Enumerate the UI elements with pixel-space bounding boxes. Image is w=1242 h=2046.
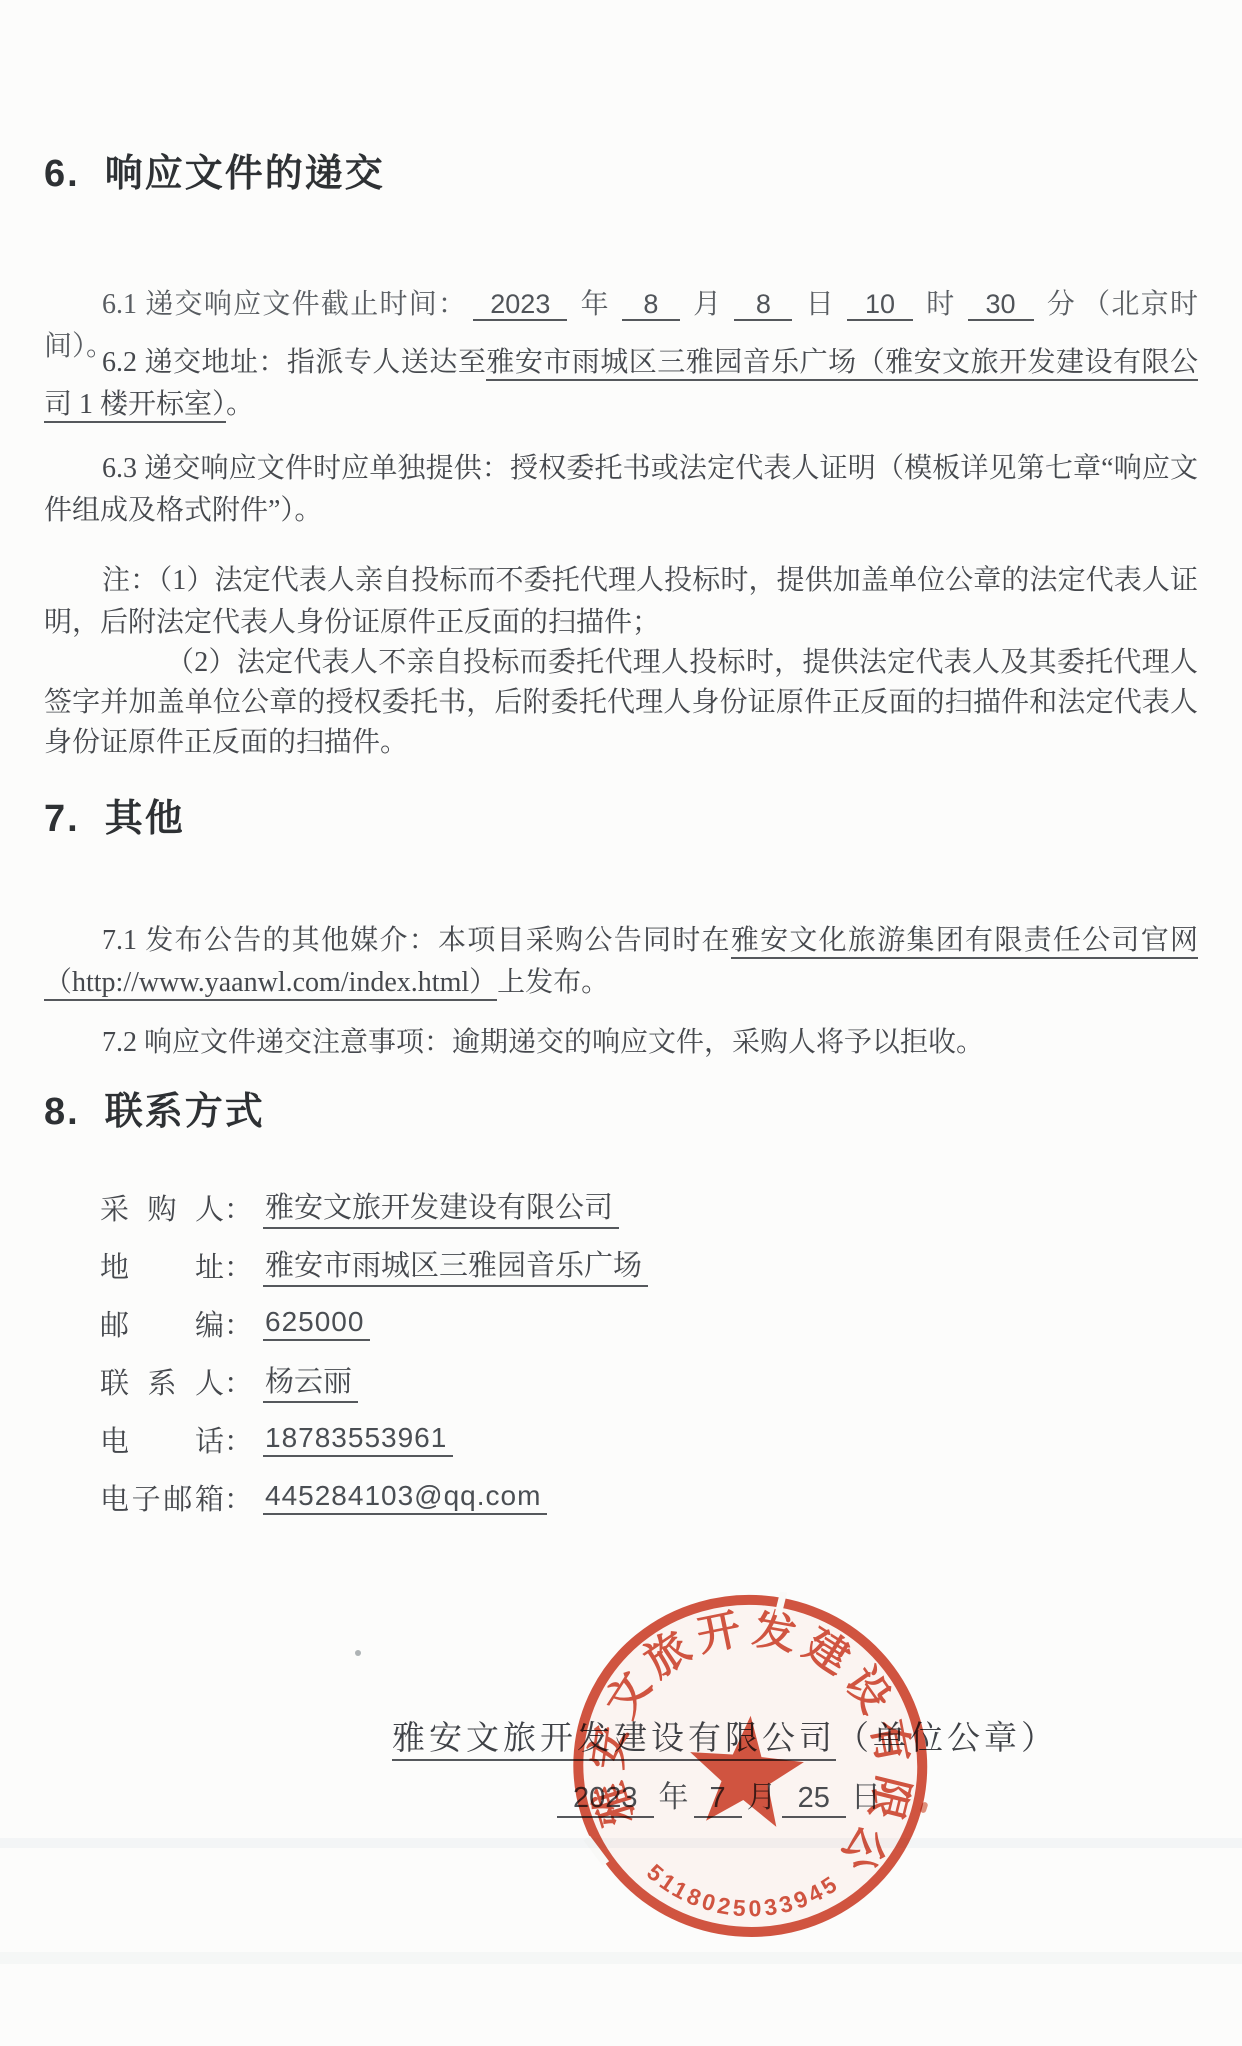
clause-6-1-label: 6.1 递交响应文件截止时间： bbox=[102, 289, 467, 320]
deadline-month-blank: 8 bbox=[622, 289, 680, 321]
sign-year-unit: 年 bbox=[659, 1781, 689, 1814]
address-value: 雅安市雨城区三雅园音乐广场 bbox=[263, 1243, 648, 1287]
section-7-heading: 7. 其他 bbox=[44, 797, 185, 841]
scanner-band bbox=[0, 1952, 1242, 1964]
scan-speck bbox=[919, 1801, 928, 1813]
clause-6-2-label: 6.2 递交地址：指派专人送达至 bbox=[102, 347, 486, 378]
clause-6-2: 6.2 递交地址：指派专人送达至雅安市雨城区三雅园音乐广场（雅安文旅开发建设有限… bbox=[44, 342, 1198, 426]
signature-suffix: （单位公章） bbox=[836, 1721, 1058, 1757]
postcode-value: 625000 bbox=[263, 1306, 370, 1341]
minute-unit: 分 bbox=[1046, 289, 1077, 320]
signature-date-line: 2023年7月25日 bbox=[556, 1772, 885, 1818]
year-unit: 年 bbox=[579, 289, 610, 320]
section-6-heading: 6. 响应文件的递交 bbox=[44, 152, 385, 196]
clause-7-1: 7.1 发布公告的其他媒介：本项目采购公告同时在雅安文化旅游集团有限责任公司官网… bbox=[44, 920, 1198, 1004]
clause-7-1-label: 7.1 发布公告的其他媒介：本项目采购公告同时在 bbox=[102, 925, 731, 956]
sign-day-blank: 25 bbox=[782, 1782, 846, 1818]
contact-list: 采 购 人：雅安文旅开发建设有限公司 地 址：雅安市雨城区三雅园音乐广场 邮 编… bbox=[100, 1178, 648, 1526]
month-unit: 月 bbox=[692, 289, 723, 320]
deadline-year-blank: 2023 bbox=[473, 289, 567, 321]
sign-month-unit: 月 bbox=[747, 1781, 777, 1814]
contact-colon: ： bbox=[224, 1419, 253, 1460]
signature-line: 雅安文旅开发建设有限公司（单位公章） bbox=[392, 1712, 1058, 1759]
clause-6-3: 6.3 递交响应文件时应单独提供：授权委托书或法定代表人证明（模板详见第七章“响… bbox=[44, 448, 1198, 532]
phone-value: 18783553961 bbox=[263, 1422, 453, 1457]
hour-unit: 时 bbox=[925, 289, 956, 320]
contact-colon: ： bbox=[224, 1303, 253, 1344]
deadline-minute-blank: 30 bbox=[968, 289, 1034, 321]
scanner-band bbox=[0, 1838, 1242, 1848]
seal-ring bbox=[564, 1586, 936, 1947]
contact-row-email: 电子邮箱：445284103@qq.com bbox=[100, 1468, 648, 1526]
contact-person-value: 杨云丽 bbox=[263, 1359, 358, 1403]
seal-number-text: 5118025033945 bbox=[639, 1853, 845, 1930]
clause-7-2: 7.2 响应文件递交注意事项：逾期递交的响应文件，采购人将予以拒收。 bbox=[44, 1022, 1198, 1064]
day-unit: 日 bbox=[804, 289, 835, 320]
contact-colon: ： bbox=[224, 1245, 253, 1286]
contact-label: 电子邮箱 bbox=[100, 1477, 224, 1518]
email-value: 445284103@qq.com bbox=[263, 1480, 547, 1515]
contact-colon: ： bbox=[224, 1361, 253, 1402]
contact-label: 地 址 bbox=[100, 1245, 224, 1286]
deadline-day-blank: 8 bbox=[734, 289, 792, 321]
note-1: 注：（1）法定代表人亲自投标而不委托代理人投标时，提供加盖单位公章的法定代表人证… bbox=[44, 560, 1198, 644]
company-seal-stamp: 雅安文旅开发建设有限公司 5118025033945 bbox=[545, 1574, 957, 1964]
seal-scan-gap bbox=[583, 1836, 609, 1866]
section-8-heading: 8. 联系方式 bbox=[44, 1090, 265, 1134]
contact-label: 采 购 人 bbox=[100, 1187, 224, 1228]
buyer-value: 雅安文旅开发建设有限公司 bbox=[263, 1185, 619, 1229]
contact-row-person: 联 系 人：杨云丽 bbox=[100, 1352, 648, 1410]
contact-label: 邮 编 bbox=[100, 1303, 224, 1344]
contact-row-postcode: 邮 编：625000 bbox=[100, 1294, 648, 1352]
contact-label: 电 话 bbox=[100, 1419, 224, 1460]
contact-label: 联 系 人 bbox=[100, 1361, 224, 1402]
sign-month-blank: 7 bbox=[694, 1782, 742, 1818]
scan-speck bbox=[355, 1650, 361, 1656]
deadline-hour-blank: 10 bbox=[847, 289, 913, 321]
contact-colon: ： bbox=[224, 1187, 253, 1228]
contact-row-phone: 电 话：18783553961 bbox=[100, 1410, 648, 1468]
seal-scan-gap bbox=[774, 1588, 788, 1617]
contact-colon: ： bbox=[224, 1477, 253, 1518]
note-2: （2）法定代表人不亲自投标而委托代理人投标时，提供法定代表人及其委托代理人签字并… bbox=[44, 643, 1198, 763]
sign-year-blank: 2023 bbox=[557, 1782, 654, 1818]
clause-6-2-tail: 。 bbox=[226, 389, 254, 420]
contact-row-buyer: 采 购 人：雅安文旅开发建设有限公司 bbox=[100, 1178, 648, 1236]
sign-day-unit: 日 bbox=[851, 1781, 881, 1814]
contact-row-address: 地 址：雅安市雨城区三雅园音乐广场 bbox=[100, 1236, 648, 1294]
scanned-tender-document-page: 6. 响应文件的递交 6.1 递交响应文件截止时间：2023年8月8日10时30… bbox=[0, 0, 1242, 2046]
seal-graphic: 雅安文旅开发建设有限公司 5118025033945 bbox=[545, 1574, 957, 1964]
signature-company-underlined: 雅安文旅开发建设有限公司 bbox=[392, 1721, 836, 1761]
clause-7-1-tail: 上发布。 bbox=[497, 967, 609, 998]
